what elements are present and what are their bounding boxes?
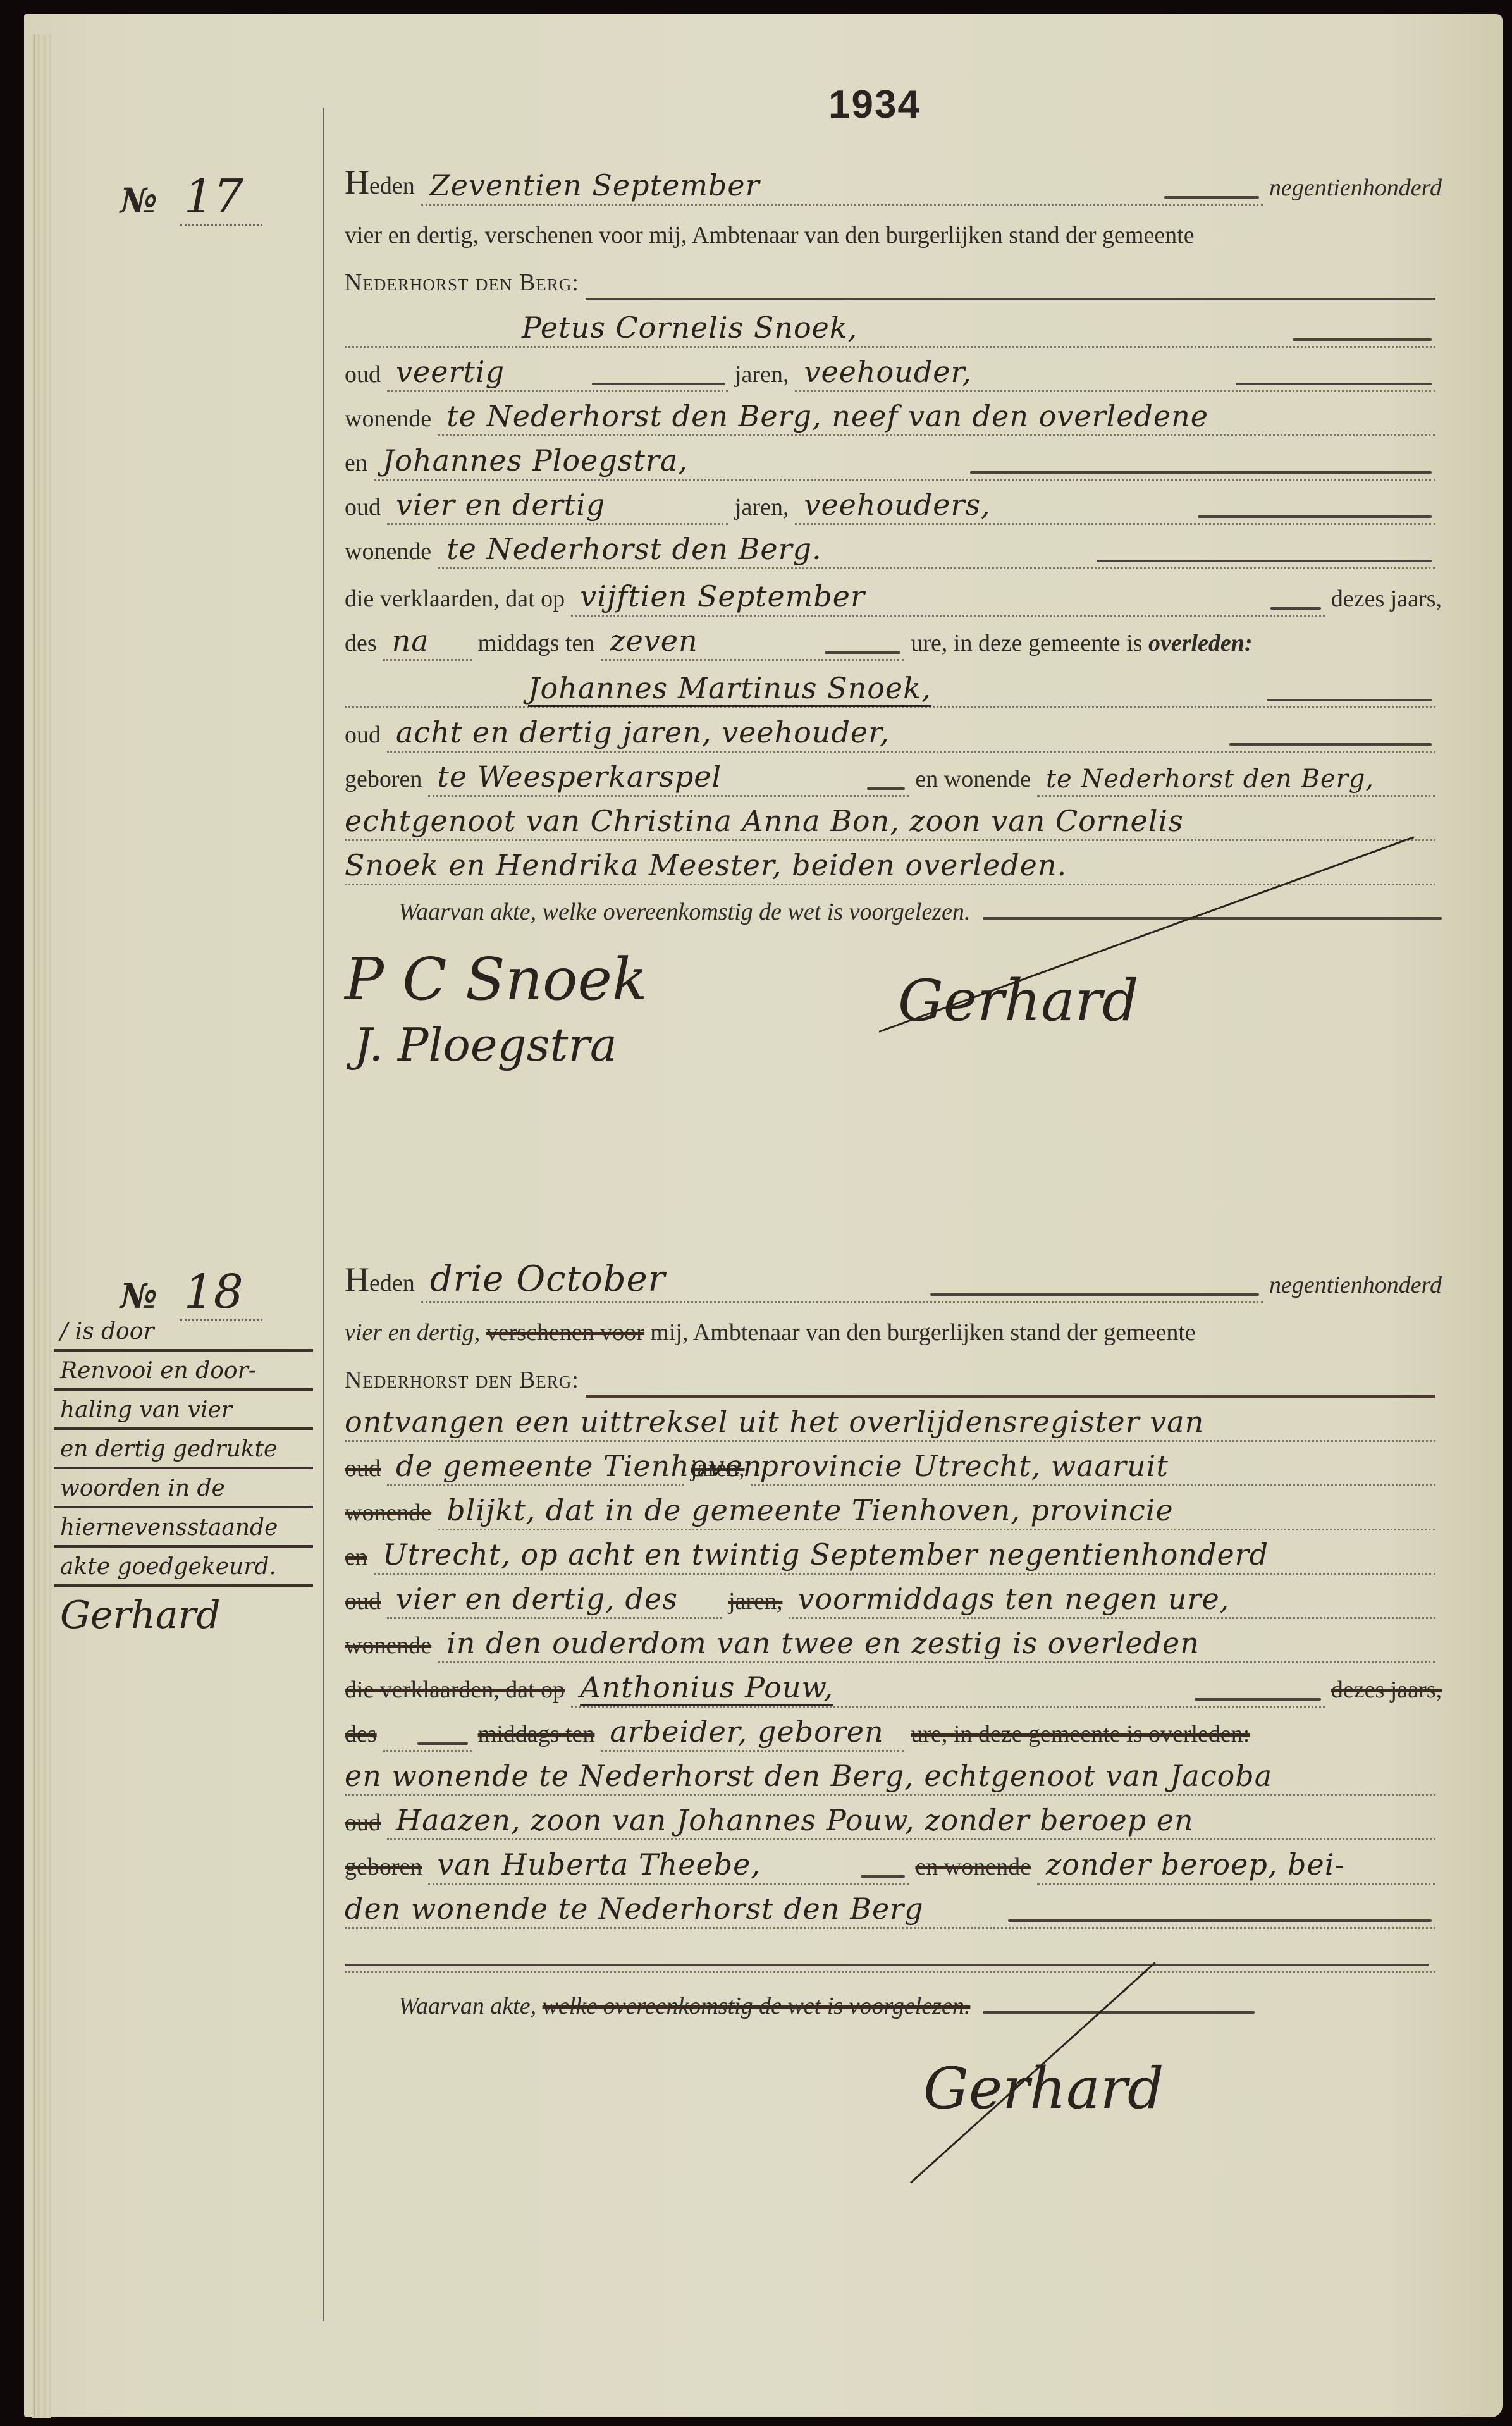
- numero-symbol: №: [120, 1276, 157, 1316]
- entry18-date-row: Heden drie October negentienhonderd: [345, 1259, 1442, 1303]
- label-heden: Heden: [345, 163, 415, 206]
- death-date-field: vijftien September: [571, 577, 1325, 617]
- deceased-extra-row-2: Snoek en Hendrika Meester, beiden overle…: [345, 841, 1442, 885]
- declarant2-occupation-field: veehouders,: [795, 485, 1435, 525]
- deceased-birth-row: geboren te Weesperkarspel en wonende te …: [345, 753, 1442, 797]
- entry18-body-line: des middags ten arbeider, geboren ure, i…: [345, 1708, 1442, 1752]
- page-stack-edges: [32, 34, 51, 2418]
- entry-number-17: №17: [120, 169, 262, 224]
- declarant1-age-row: oud veertig jaren, veehouder,: [345, 348, 1442, 392]
- entry18-body-line: ontvangen een uittreksel uit het overlij…: [345, 1398, 1442, 1442]
- deceased-extra-row-1: echtgenoot van Christina Anna Bon, zoon …: [345, 797, 1442, 841]
- entry18-body-line: wonende in den ouderdom van twee en zest…: [345, 1619, 1442, 1663]
- struck-text: verschenen voor: [486, 1319, 644, 1350]
- entry18-body-line: oud de gemeente Tienhoven jaren, provinc…: [345, 1442, 1442, 1486]
- entry18-body-line: den wonende te Nederhorst den Berg: [345, 1885, 1442, 1929]
- numero-symbol: №: [120, 180, 157, 221]
- entry17-appearance-row: vier en dertig, verschenen voor mij, Amb…: [345, 209, 1442, 253]
- municipality-label: Nederhorst den Berg:: [345, 269, 579, 300]
- declarant2-age-row: oud vier en dertig jaren, veehouders,: [345, 481, 1442, 525]
- margin-signature: Gerhard: [60, 1593, 319, 1637]
- label-negentienhonderd: negentienhonderd: [1269, 174, 1442, 206]
- declarant2-residence-field: te Nederhorst den Berg.: [438, 529, 1435, 569]
- date-field: Zeventien September: [421, 166, 1263, 206]
- deceased-age-field: acht en dertig jaren, veehouder,: [387, 713, 1435, 753]
- entry-number-18: №18: [120, 1265, 262, 1319]
- entry17-municipality-row: Nederhorst den Berg:: [345, 256, 1442, 300]
- birthplace-field: te Weesperkarspel: [428, 757, 909, 797]
- entry18-body-line: oud Haazen, zoon van Johannes Pouw, zond…: [345, 1796, 1442, 1840]
- declarant2-name-field: Johannes Ploegstra,: [374, 441, 1435, 481]
- hour-field: zeven: [601, 621, 904, 661]
- declarant1-residence-field: te Nederhorst den Berg, neef van den ove…: [438, 397, 1435, 436]
- death-time-row: des na middags ten zeven ure, in deze ge…: [345, 617, 1442, 661]
- entry17-date-row: Heden Zeventien September negentienhonde…: [345, 161, 1442, 206]
- signature-pc-snoek: P C Snoek: [345, 945, 648, 1013]
- date-field: drie October: [421, 1263, 1263, 1303]
- death-date-row: die verklaarden, dat op vijftien Septemb…: [345, 572, 1442, 617]
- signature-registrar-18: Gerhard: [923, 2055, 1164, 2122]
- appearance-text: vier en dertig, verschenen voor mij, Amb…: [345, 221, 1195, 253]
- margin-note-approval: / is door Renvooi en door- haling van vi…: [54, 1312, 313, 1631]
- municipality-fill: [586, 260, 1435, 300]
- entry-number-value: 17: [180, 169, 262, 226]
- entry18-body-line: wonende blijkt, dat in de gemeente Tienh…: [345, 1486, 1442, 1530]
- margin-divider: [323, 108, 324, 2321]
- signature-j-ploegstra: J. Ploegstra: [354, 1018, 617, 1071]
- entry18-body-line: geboren van Huberta Theebe, en wonende z…: [345, 1840, 1442, 1885]
- entry17-closing: Waarvan akte, welke overeenkomstig de we…: [398, 898, 1442, 926]
- declarant1-occupation-field: veehouder,: [795, 352, 1435, 392]
- ampm-field: na: [383, 621, 472, 661]
- entry18-blank-line: [345, 1929, 1442, 1973]
- declarant2-age-field: vier en dertig: [387, 485, 728, 525]
- entry18-closing: Waarvan akte, welke overeenkomstig de we…: [398, 1992, 1442, 2020]
- page-year: 1934: [828, 82, 921, 127]
- declarant2-residence-row: wonende te Nederhorst den Berg.: [345, 525, 1442, 569]
- entry18-body-line: en wonende te Nederhorst den Berg, echtg…: [345, 1752, 1442, 1796]
- declarant1-name-row: Petus Cornelis Snoek,: [345, 304, 1442, 348]
- deceased-residence-field: te Nederhorst den Berg,: [1037, 757, 1435, 797]
- entry18-municipality-row: Nederhorst den Berg:: [345, 1353, 1442, 1398]
- signature-registrar-17: Gerhard: [898, 968, 1138, 1034]
- deceased-age-row: oud acht en dertig jaren, veehouder,: [345, 708, 1442, 753]
- entry18-body-line: oud vier en dertig, des jaren, voormidda…: [345, 1575, 1442, 1619]
- declarant1-name-field: Petus Cornelis Snoek,: [345, 308, 1435, 348]
- declarant2-name-row: en Johannes Ploegstra,: [345, 436, 1442, 481]
- declarant1-age-field: veertig: [387, 352, 728, 392]
- entry18-body-line: en Utrecht, op acht en twintig September…: [345, 1530, 1442, 1575]
- deceased-name-field: Johannes Martinus Snoek,: [345, 668, 1435, 708]
- entry18-appearance-row: vier en dertig, verschenen voor mij, Amb…: [345, 1306, 1442, 1350]
- entry18-body-line: die verklaarden, dat op Anthonius Pouw, …: [345, 1663, 1442, 1708]
- declarant1-residence-row: wonende te Nederhorst den Berg, neef van…: [345, 392, 1442, 436]
- deceased-name-row: Johannes Martinus Snoek,: [345, 664, 1442, 708]
